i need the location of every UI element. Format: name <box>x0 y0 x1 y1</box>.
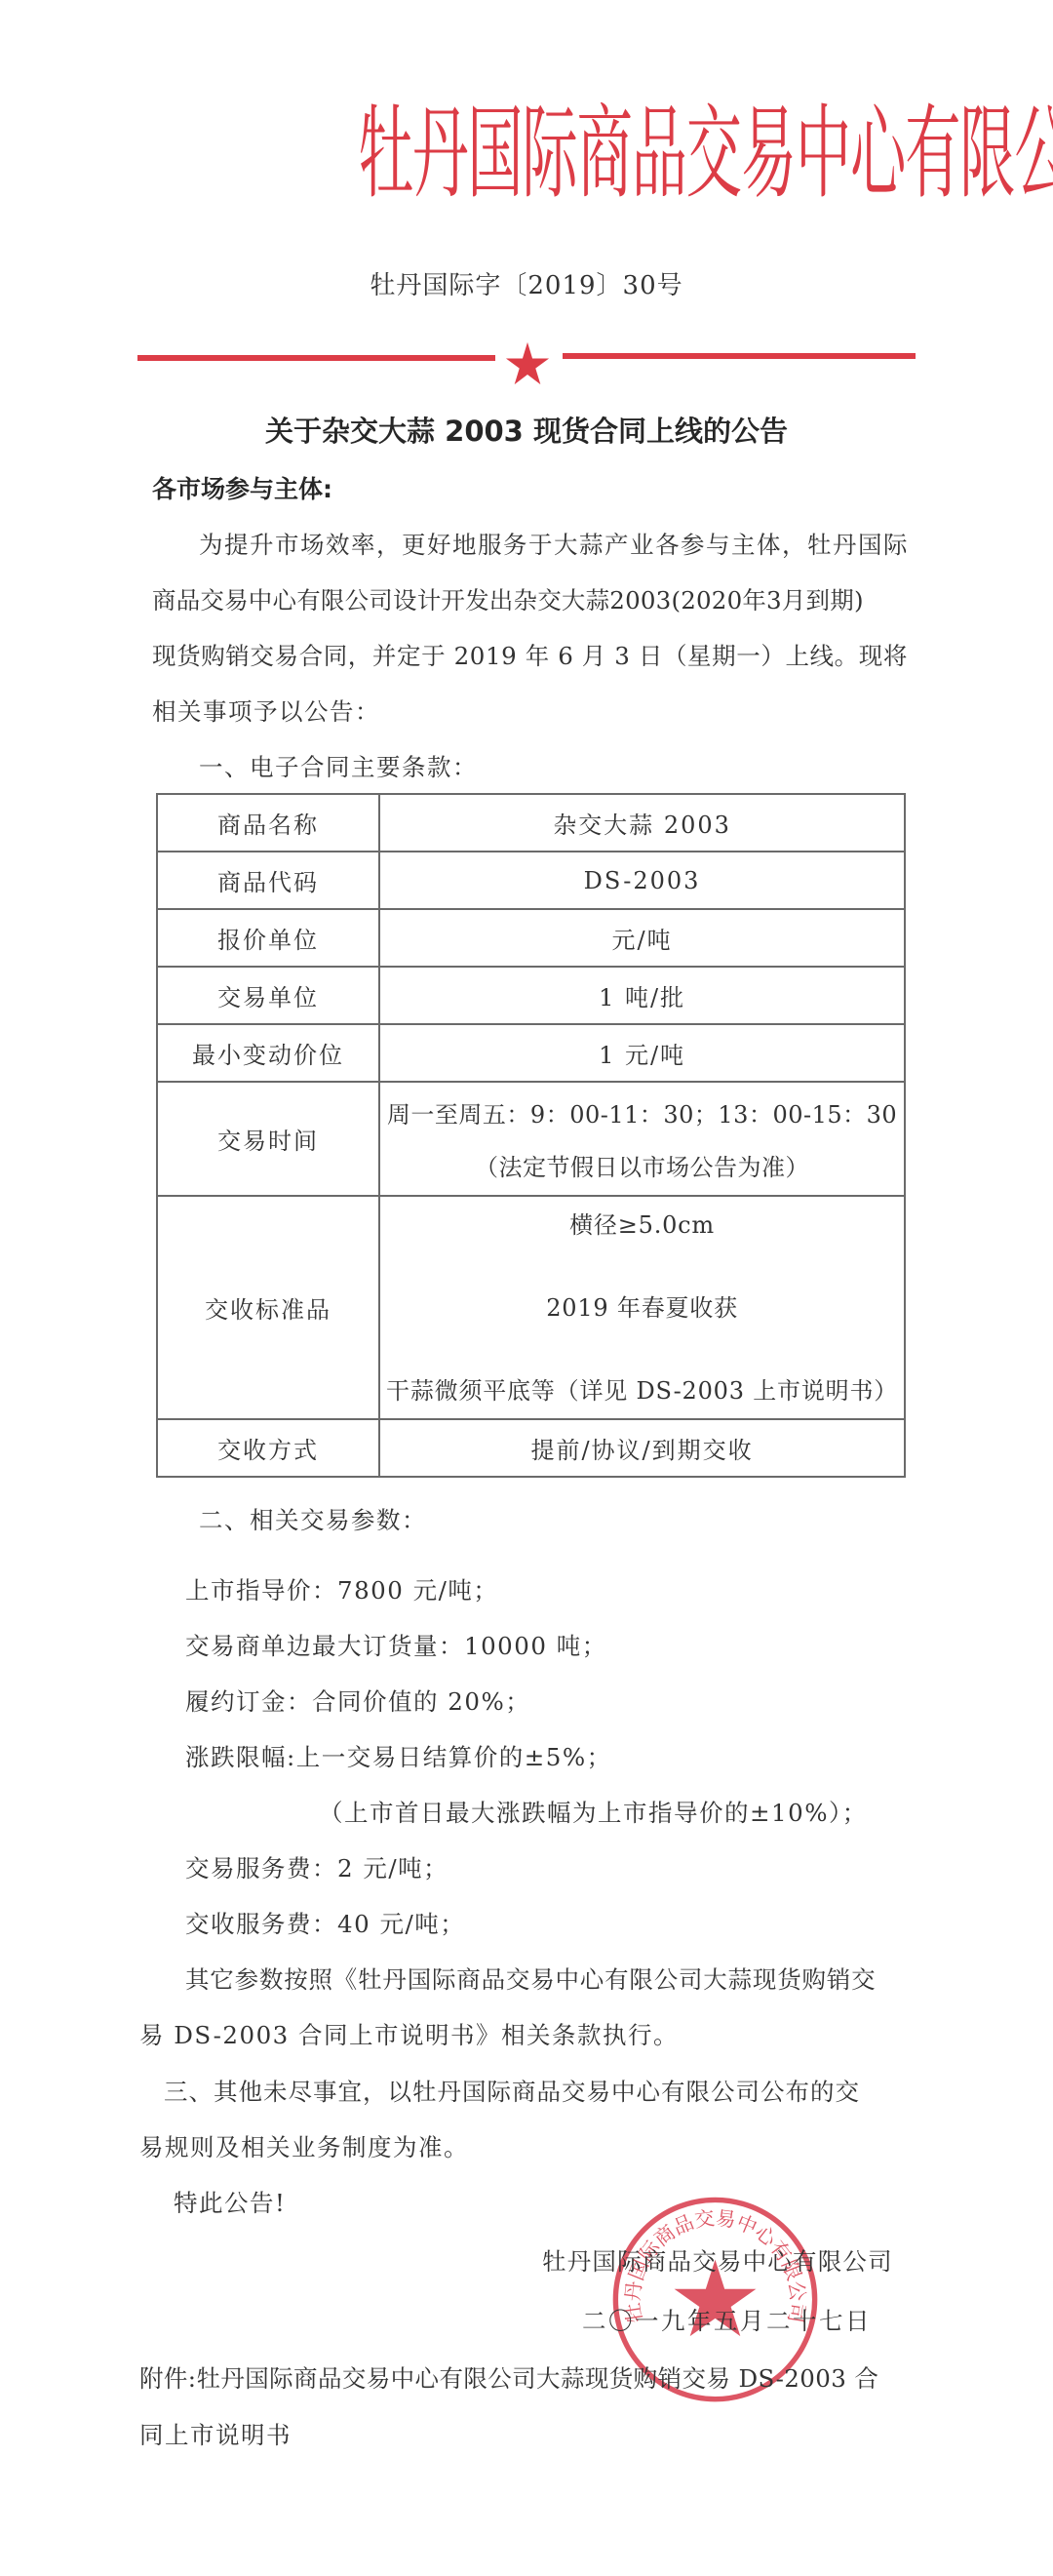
red-rule-left <box>137 355 495 361</box>
param-line: （上市首日最大涨跌幅为上市指导价的±10%）； <box>319 1795 868 1829</box>
term-value-line: （法定节假日以市场公告为准） <box>380 1143 904 1192</box>
term-value: 横径≥5.0cm 2019 年春夏收获 干蒜微须平底等（详见 DS-2003 上… <box>379 1196 905 1419</box>
intro-line: 商品交易中心有限公司设计开发出杂交大蒜2003(2020年3月到期) <box>152 582 864 616</box>
attachment-line: 附件:牡丹国际商品交易中心有限公司大蒜现货购销交易 DS-2003 合 <box>139 2360 878 2395</box>
term-label: 交易时间 <box>157 1082 379 1196</box>
param-line: 交易服务费：2 元/吨； <box>185 1850 448 1884</box>
table-row: 交易时间 周一至周五：9：00-11：30；13：00-15：30 （法定节假日… <box>157 1082 905 1196</box>
term-value: 1 吨/批 <box>379 967 905 1024</box>
term-label: 交收方式 <box>157 1419 379 1477</box>
term-value-line: 2019 年春夏收获 <box>380 1249 904 1367</box>
term-value-line: 横径≥5.0cm <box>380 1201 904 1249</box>
table-row: 交收方式 提前/协议/到期交收 <box>157 1419 905 1477</box>
section-heading-params: 二、相关交易参数： <box>199 1502 427 1536</box>
section-heading-terms: 一、电子合同主要条款： <box>199 749 478 783</box>
section3-line: 易规则及相关业务制度为准。 <box>139 2129 469 2163</box>
param-line: 交易商单边最大订货量：10000 吨； <box>185 1628 607 1662</box>
section3-line: 三、其他未尽事宜，以牡丹国际商品交易中心有限公司公布的交 <box>164 2074 860 2108</box>
term-label: 最小变动价位 <box>157 1024 379 1082</box>
term-value: 周一至周五：9：00-11：30；13：00-15：30 （法定节假日以市场公告… <box>379 1082 905 1196</box>
table-row: 商品名称 杂交大蒜 2003 <box>157 794 905 852</box>
red-star-icon <box>505 341 550 386</box>
term-value: 杂交大蒜 2003 <box>379 794 905 852</box>
intro-line: 为提升市场效率，更好地服务于大蒜产业各参与主体，牡丹国际 <box>199 527 909 561</box>
table-row: 交收标准品 横径≥5.0cm 2019 年春夏收获 干蒜微须平底等（详见 DS-… <box>157 1196 905 1419</box>
param-line: 涨跌限幅:上一交易日结算价的±5%； <box>185 1739 612 1773</box>
term-label: 商品名称 <box>157 794 379 852</box>
other-params-line: 其它参数按照《牡丹国际商品交易中心有限公司大蒜现货购销交 <box>185 1962 876 1996</box>
term-value: 1 元/吨 <box>379 1024 905 1082</box>
term-value: DS-2003 <box>379 852 905 909</box>
term-value-line: 周一至周五：9：00-11：30；13：00-15：30 <box>380 1087 904 1143</box>
table-row: 报价单位 元/吨 <box>157 909 905 967</box>
table-row: 交易单位 1 吨/批 <box>157 967 905 1024</box>
salutation: 各市场参与主体: <box>152 470 332 505</box>
term-value: 元/吨 <box>379 909 905 967</box>
term-label: 交收标准品 <box>157 1196 379 1419</box>
other-params-line: 易 DS-2003 合同上市说明书》相关条款执行。 <box>139 2017 679 2051</box>
term-label: 商品代码 <box>157 852 379 909</box>
table-row: 商品代码 DS-2003 <box>157 852 905 909</box>
term-value: 提前/协议/到期交收 <box>379 1419 905 1477</box>
signature-organization: 牡丹国际商品交易中心有限公司 <box>542 2243 893 2278</box>
table-row: 最小变动价位 1 元/吨 <box>157 1024 905 1082</box>
masthead-title: 牡丹国际商品交易中心有限公司文件 <box>358 90 1053 217</box>
red-rule-right <box>563 353 916 359</box>
param-line: 上市指导价：7800 元/吨； <box>185 1572 498 1606</box>
signature-date: 二〇一九年五月二十七日 <box>582 2303 872 2337</box>
announcement-title: 关于杂交大蒜 2003 现货合同上线的公告 <box>0 410 1053 450</box>
term-label: 报价单位 <box>157 909 379 967</box>
intro-line: 相关事项予以公告： <box>152 694 380 728</box>
param-line: 交收服务费：40 元/吨； <box>185 1906 465 1940</box>
document-masthead: 牡丹国际商品交易中心有限公司文件 <box>0 90 1053 217</box>
attachment-line: 同上市说明书 <box>139 2417 292 2451</box>
intro-line: 现货购销交易合同，并定于 2019 年 6 月 3 日（星期一）上线。现将 <box>152 638 908 672</box>
param-line: 履约订金：合同价值的 20%； <box>185 1684 530 1718</box>
term-value-line: 干蒜微须平底等（详见 DS-2003 上市说明书） <box>380 1367 904 1415</box>
closing-remark: 特此公告! <box>174 2185 286 2219</box>
document-number: 牡丹国际字〔2019〕30号 <box>0 265 1053 301</box>
contract-terms-table: 商品名称 杂交大蒜 2003 商品代码 DS-2003 报价单位 元/吨 交易单… <box>156 793 906 1478</box>
term-label: 交易单位 <box>157 967 379 1024</box>
